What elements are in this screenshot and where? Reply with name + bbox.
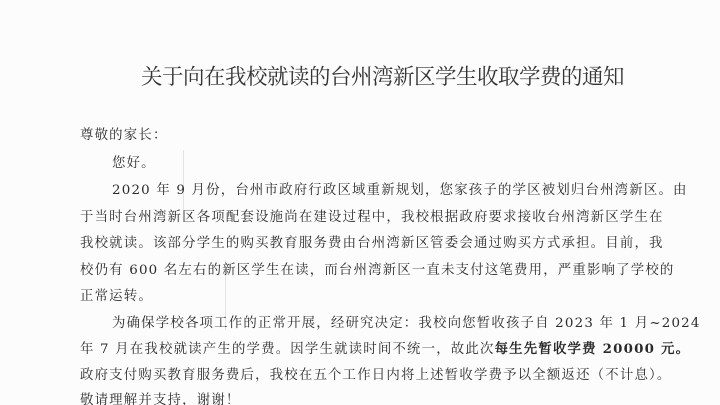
document-page: 关于向在我校就读的台州湾新区学生收取学费的通知 尊敬的家长： 您好。 2020 … — [0, 0, 720, 405]
paragraph1-line: 我校就读。该部分学生的购买教育服务费由台州湾新区管委会通过购买方式承担。目前，我 — [80, 232, 664, 251]
salutation: 尊敬的家长： — [80, 124, 168, 143]
paragraph2-line: 政府支付购买教育服务费后，我校在五个工作日内将上述暂收学费予以全额返还（不计息）… — [80, 364, 672, 383]
paragraph1-line: 正常运转。 — [80, 285, 153, 304]
paragraph2-line: 年 7 月在我校就读产生的学费。因学生就读时间不统一，故此次每生先暂收学费 20… — [80, 338, 690, 357]
paragraph1-line: 于当时台州湾新区各项配套设施尚在建设过程中，我校根据政府要求接收台州湾新区学生在 — [80, 206, 664, 225]
paragraph2-line: 为确保学校各项工作的正常开展，经研究决定：我校向您暂收孩子自 2023 年 1 … — [112, 312, 701, 331]
paragraph2-text: 年 7 月在我校就读产生的学费。因学生就读时间不统一，故此次 — [80, 342, 495, 357]
document-title: 关于向在我校就读的台州湾新区学生收取学费的通知 — [141, 60, 624, 91]
closing-line: 敬请理解并支持，谢谢！ — [80, 389, 241, 405]
greeting: 您好。 — [112, 152, 156, 171]
paragraph1-line: 2020 年 9 月份，台州市政府行政区域重新规划，您家孩子的学区被划归台州湾新… — [112, 179, 688, 198]
fee-amount-highlight: 每生先暂收学费 20000 元。 — [495, 341, 691, 357]
paragraph1-line: 校仍有 600 名左右的新区学生在读，而台州湾新区一直未支付这笔费用，严重影响了… — [80, 259, 675, 278]
